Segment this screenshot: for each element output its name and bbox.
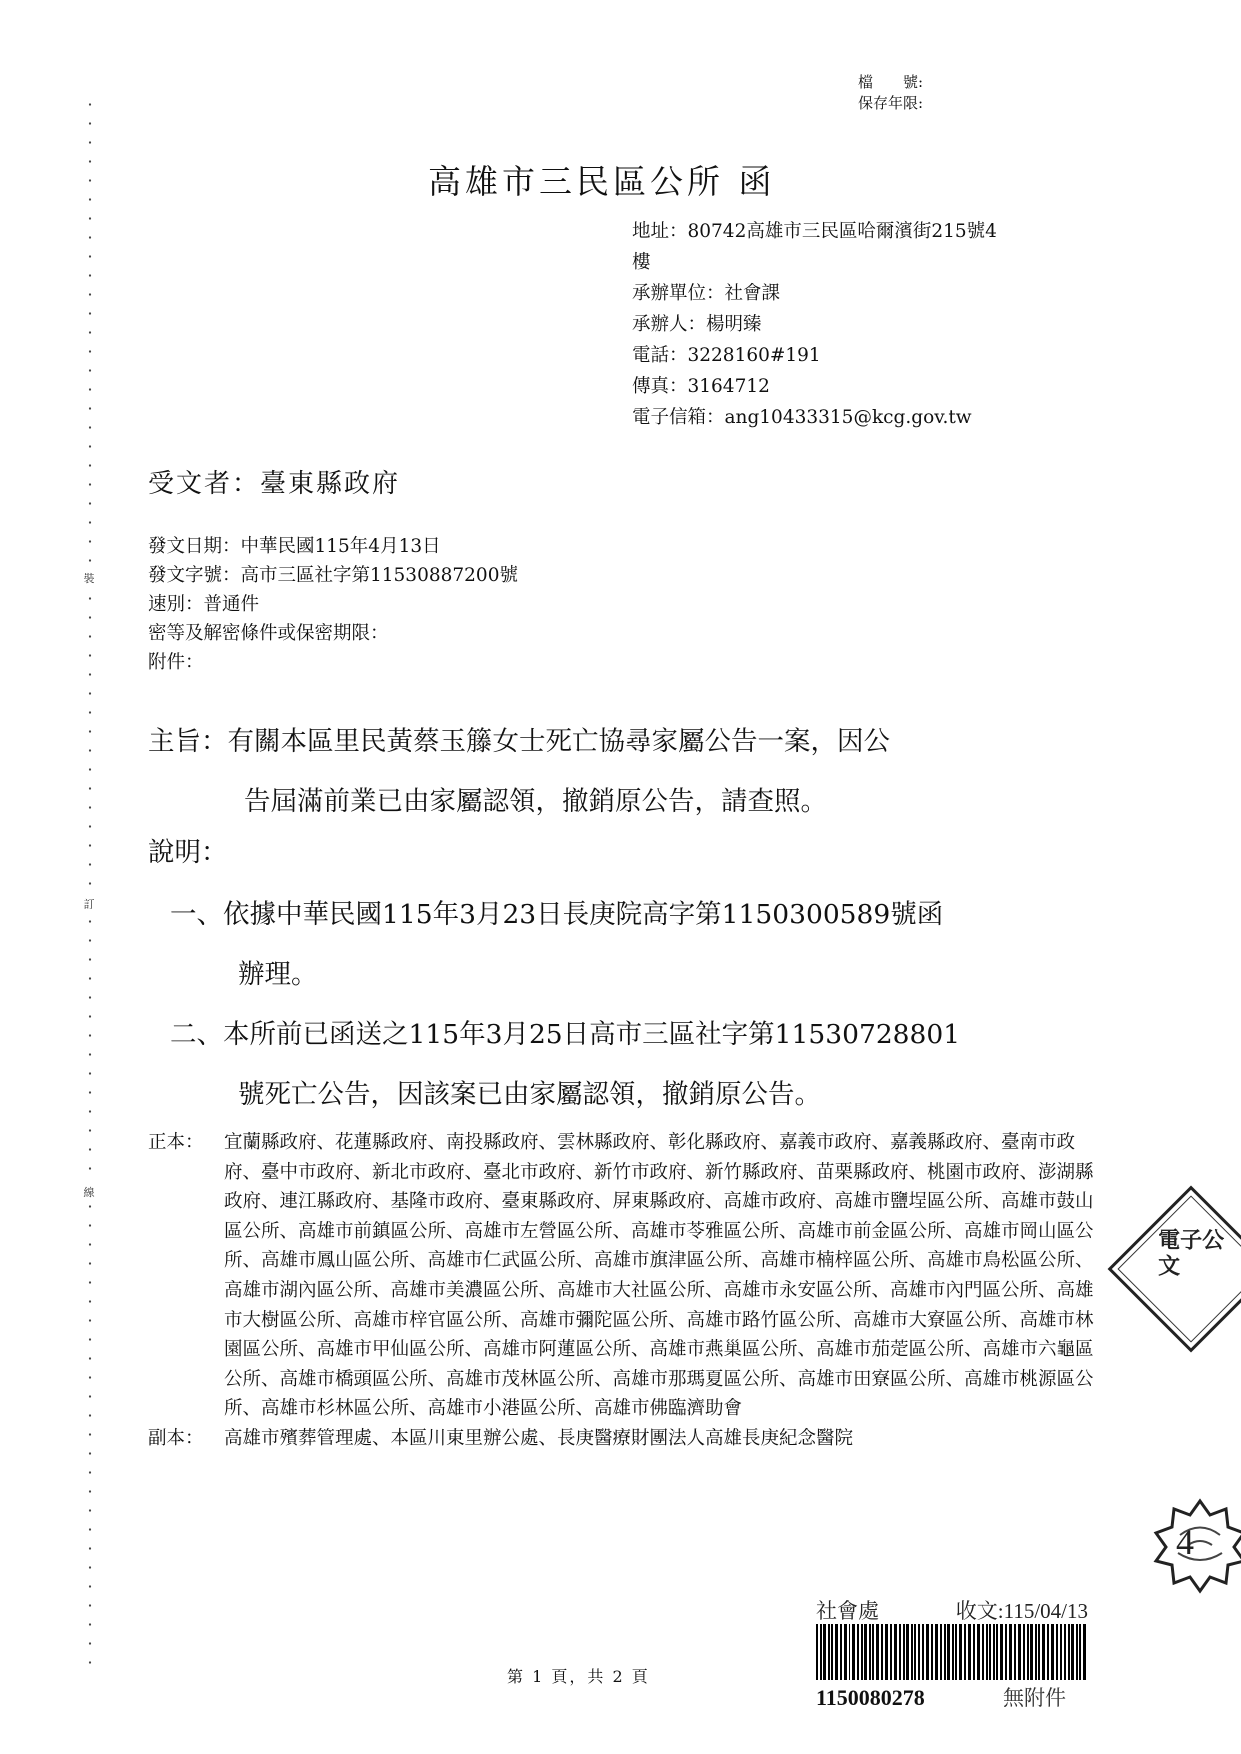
- file-metadata: 檔 號: 保存年限:: [858, 72, 923, 114]
- handling-unit: 承辦單位：社會課: [632, 278, 1092, 309]
- binding-margin-dots: [88, 95, 92, 1675]
- binding-label-staple: 訂: [82, 898, 96, 912]
- copy-label: 副本：: [148, 1424, 224, 1454]
- barcode-number: 1150080278: [816, 1685, 925, 1711]
- explanation-item-2: 二、本所前已函送之115年3月25日高市三區社字第11530728801: [170, 1005, 1100, 1065]
- explanation-items: 一、依據中華民國115年3月23日長庚院高字第1150300589號函 辦理。 …: [170, 885, 1100, 1125]
- receiving-department: 社會處: [816, 1600, 879, 1622]
- copy-text: 高雄市殯葬管理處、本區川東里辦公處、長庚醫療財團法人高雄長庚紀念醫院: [224, 1424, 1094, 1454]
- document-title: 高雄市三民區公所 函: [428, 156, 776, 203]
- delivery-speed: 速別：普通件: [148, 590, 518, 619]
- seal-text: 電子公文: [1158, 1227, 1238, 1279]
- attachments: 附件：: [148, 648, 518, 677]
- retention-label: 保存年限:: [858, 93, 923, 114]
- original-label: 正本：: [148, 1128, 224, 1424]
- subject-line-1: 主旨：有關本區里民黃蔡玉籐女士死亡協尋家屬公告一案，因公: [148, 712, 1098, 772]
- issuance-metadata: 發文日期：中華民國115年4月13日 發文字號：高市三區社字第115308872…: [148, 532, 518, 677]
- security-level: 密等及解密條件或保密期限：: [148, 619, 518, 648]
- handling-officer: 承辦人：楊明臻: [632, 309, 1092, 340]
- original-text: 宜蘭縣政府、花蓮縣政府、南投縣政府、雲林縣政府、彰化縣政府、嘉義市政府、嘉義縣政…: [224, 1128, 1094, 1424]
- fax: 傳真：3164712: [632, 371, 1092, 402]
- sheet-number: 4: [1176, 1521, 1194, 1563]
- receipt-stamp: 社會處 收文:115/04/13 1150080278 無附件: [816, 1600, 1088, 1712]
- file-number-label: 檔 號:: [858, 72, 923, 93]
- page-indicator: 第 1 頁，共 2 頁: [507, 1664, 650, 1687]
- received-date: 收文:115/04/13: [956, 1600, 1088, 1622]
- explanation-item-2-cont: 號死亡公告，因該案已由家屬認領，撤銷原公告。: [170, 1065, 1100, 1125]
- document-number: 發文字號：高市三區社字第11530887200號: [148, 561, 518, 590]
- attachment-note: 無附件: [1003, 1682, 1088, 1712]
- explanation-item-1-cont: 辦理。: [170, 945, 1100, 1005]
- subject-line-2: 告屆滿前業已由家屬認領，撤銷原公告，請查照。: [148, 772, 1098, 832]
- subject: 主旨：有關本區里民黃蔡玉籐女士死亡協尋家屬公告一案，因公 告屆滿前業已由家屬認領…: [148, 712, 1098, 832]
- email: 電子信箱：ang10433315@kcg.gov.tw: [632, 402, 1092, 433]
- electronic-document-seal: 電子公文: [1108, 1186, 1241, 1353]
- issue-date: 發文日期：中華民國115年4月13日: [148, 532, 518, 561]
- explanation-heading: 說明：: [148, 830, 228, 869]
- original-recipients: 正本： 宜蘭縣政府、花蓮縣政府、南投縣政府、雲林縣政府、彰化縣政府、嘉義市政府、…: [148, 1128, 1098, 1424]
- explanation-item-1: 一、依據中華民國115年3月23日長庚院高字第1150300589號函: [170, 885, 1100, 945]
- gear-seal-icon: [1150, 1495, 1241, 1595]
- recipient: 受文者：臺東縣政府: [148, 463, 400, 500]
- copy-recipients: 副本： 高雄市殯葬管理處、本區川東里辦公處、長庚醫療財團法人高雄長庚紀念醫院: [148, 1424, 1098, 1454]
- sheet-number-stamp: 4: [1150, 1495, 1241, 1595]
- address-line-1: 地址：80742高雄市三民區哈爾濱街215號4: [632, 216, 1092, 247]
- distribution-list: 正本： 宜蘭縣政府、花蓮縣政府、南投縣政府、雲林縣政府、彰化縣政府、嘉義市政府、…: [148, 1128, 1098, 1454]
- phone: 電話：3228160#191: [632, 340, 1092, 371]
- binding-label-line: 線: [82, 1186, 96, 1200]
- contact-info: 地址：80742高雄市三民區哈爾濱街215號4 樓 承辦單位：社會課 承辦人：楊…: [632, 216, 1092, 433]
- address-line-2: 樓: [632, 247, 1092, 278]
- barcode: [816, 1624, 1088, 1680]
- binding-label-bind: 裝: [82, 572, 96, 586]
